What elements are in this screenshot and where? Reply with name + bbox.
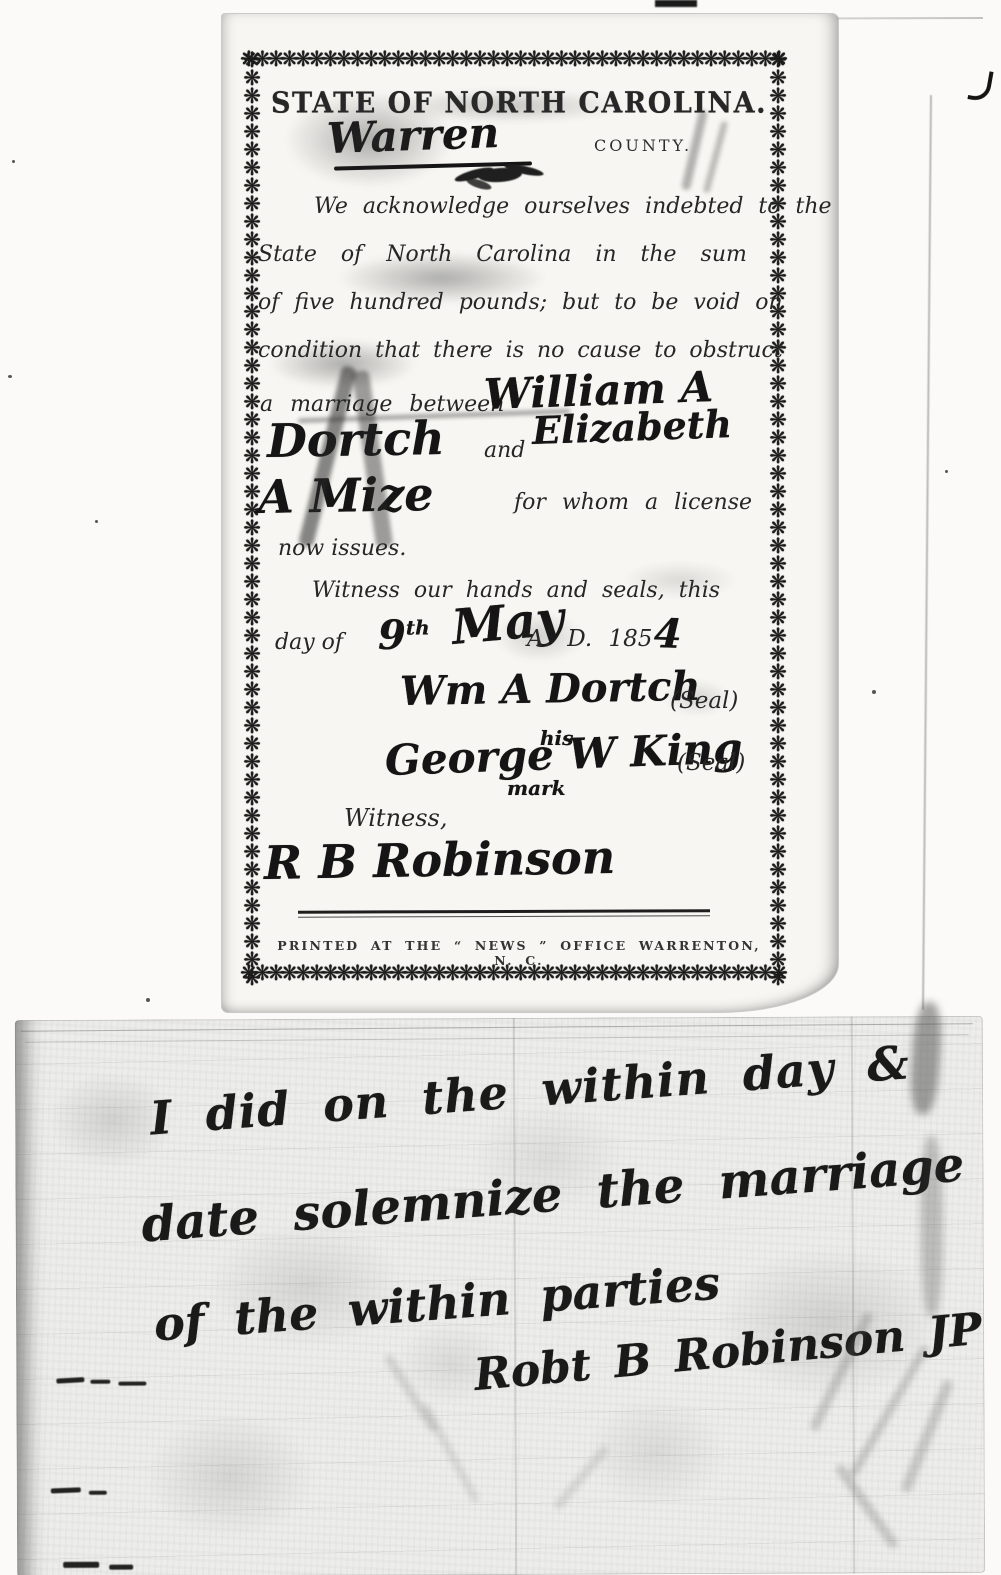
ink-dash xyxy=(89,1491,107,1495)
day-value-handwritten: 9th xyxy=(378,612,430,659)
ghost-writing-mark xyxy=(900,1378,955,1494)
ornamental-border-right: ❋❋❋❋❋❋❋❋❋❋❋❋❋❋❋❋❋❋❋❋❋❋❋❋❋❋❋❋❋❋❋❋❋❋❋❋❋❋❋❋… xyxy=(766,48,790,986)
ghost-writing-mark xyxy=(421,1403,480,1504)
ink-smudge xyxy=(600,554,760,606)
ink-dash xyxy=(63,1562,99,1568)
year-digit-handwritten: 4 xyxy=(653,610,682,658)
ink-speck xyxy=(945,470,948,473)
ink-smudge xyxy=(342,82,672,130)
ink-dash xyxy=(90,1380,110,1384)
ink-speck xyxy=(8,375,12,378)
ink-dash xyxy=(109,1565,133,1570)
ink-speck xyxy=(655,0,697,7)
ink-dash xyxy=(56,1377,84,1384)
ink-speck xyxy=(146,998,150,1002)
footer-rule xyxy=(298,909,710,917)
day-of-label: day of xyxy=(275,630,343,655)
ink-speck xyxy=(12,160,15,163)
ink-dash xyxy=(118,1382,146,1386)
ink-smudge xyxy=(650,672,745,724)
ink-dash xyxy=(51,1487,81,1493)
license-line: for whom a license xyxy=(514,490,752,515)
ink-speck xyxy=(872,690,876,694)
seal-annotation-2: (Seal) xyxy=(677,750,745,776)
ink-smudge xyxy=(297,242,587,314)
printer-imprint: PRINTED AT THE “ NEWS ” OFFICE WARRENTON… xyxy=(269,938,769,968)
ink-smudge xyxy=(477,602,602,672)
ghost-writing-mark xyxy=(834,1463,900,1550)
witness-signature: R B Robinson xyxy=(264,830,616,890)
witness-label: Witness, xyxy=(344,804,448,832)
paper-crease-line xyxy=(922,95,932,1010)
bride-name-last-handwritten: A Mize xyxy=(258,467,434,524)
scanned-marriage-bond-document: ❋❋❋❋❋❋❋❋❋❋❋❋❋❋❋❋❋❋❋❋❋❋❋❋❋❋❋❋❋❋❋❋❋❋❋❋❋❋❋❋… xyxy=(0,0,1001,1575)
county-label: COUNTY. xyxy=(594,136,692,155)
ink-blob xyxy=(908,1001,943,1115)
mark-label: mark xyxy=(507,776,566,800)
endorsement-line-2: date solemnize the marriage xyxy=(140,1137,966,1254)
stray-ink-hook-mark xyxy=(967,68,993,102)
ghost-writing-mark xyxy=(552,1444,610,1511)
ink-speck xyxy=(95,520,98,523)
ink-blob xyxy=(920,1136,943,1316)
and-label: and xyxy=(484,438,525,463)
page-border-line xyxy=(21,1023,973,1031)
endorsement-line-1: I did on the within day & xyxy=(148,1035,911,1145)
marriage-bond-card: ❋❋❋❋❋❋❋❋❋❋❋❋❋❋❋❋❋❋❋❋❋❋❋❋❋❋❋❋❋❋❋❋❋❋❋❋❋❋❋❋… xyxy=(222,14,838,1012)
ornamental-border-top: ❋❋❋❋❋❋❋❋❋❋❋❋❋❋❋❋❋❋❋❋❋❋❋❋❋❋❋❋❋❋❋❋❋❋❋❋❋❋❋❋ xyxy=(240,48,790,72)
endorsement-page: I did on the within day & date solemnize… xyxy=(15,1016,985,1575)
